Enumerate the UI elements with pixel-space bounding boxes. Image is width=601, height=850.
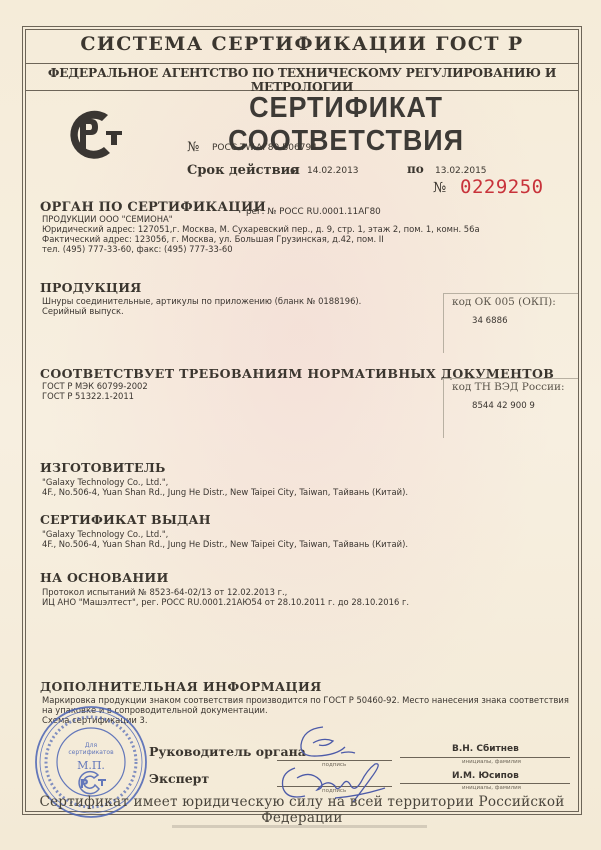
certification-body-title: ОРГАН ПО СЕРТИФИКАЦИИ (40, 200, 266, 215)
valid-to-date: 13.02.2015 (435, 166, 487, 176)
issued-to-title: СЕРТИФИКАТ ВЫДАН (40, 512, 211, 527)
basis-title: НА ОСНОВАНИИ (40, 570, 168, 585)
legal-address: Юридический адрес: 127051,г. Москва, М. … (42, 224, 480, 234)
legal-notice: Сертификат имеет юридическую силу на все… (25, 794, 579, 826)
additional-info-title: ДОПОЛНИТЕЛЬНАЯ ИНФОРМАЦИЯ (40, 679, 322, 694)
printer-imprint (172, 825, 427, 828)
system-title: СИСТЕМА СЕРТИФИКАЦИИ ГОСТ Р (25, 33, 579, 55)
basis-line: ИЦ АНО "Машэлтест", рег. РОСС RU.0001.21… (42, 597, 409, 607)
manufacturer-title: ИЗГОТОВИТЕЛЬ (40, 460, 166, 475)
valid-from-date: 14.02.2013 (307, 166, 359, 176)
svg-text:Для: Для (85, 742, 98, 749)
issued-to-line: 4F., No.506-4, Yuan Shan Rd., Jung He Di… (42, 539, 408, 549)
manufacturer-line: 4F., No.506-4, Yuan Shan Rd., Jung He Di… (42, 487, 408, 497)
tnved-code: 8544 42 900 9 (472, 401, 535, 411)
okp-code: 34 6886 (472, 316, 508, 326)
basis-line: Протокол испытаний № 8523-64-02/13 от 12… (42, 587, 287, 597)
expert-label: Эксперт (149, 771, 209, 786)
rst-logo-icon (64, 107, 124, 163)
head-of-body-name: В.Н. Сбитнев (452, 744, 519, 754)
validity-from-label: с (290, 163, 297, 177)
blank-number-label: № (433, 180, 446, 196)
okp-code-box: код ОК 005 (ОКП): 34 6886 (443, 293, 578, 353)
header-divider (25, 63, 579, 64)
standard-line: ГОСТ Р 51322.1-2011 (42, 391, 134, 401)
product-title: ПРОДУКЦИЯ (40, 280, 141, 295)
okp-code-label: код ОК 005 (ОКП): (452, 296, 556, 308)
agency-name: ФЕДЕРАЛЬНОЕ АГЕНТСТВО ПО ТЕХНИЧЕСКОМУ РЕ… (25, 66, 579, 94)
product-line: Серийный выпуск. (42, 306, 124, 316)
svg-text:сертификатов: сертификатов (68, 749, 114, 756)
tnved-code-label: код ТН ВЭД России: (452, 381, 565, 393)
validity-to-label: по (407, 162, 424, 176)
head-name-line (400, 757, 570, 758)
tnved-code-box: код ТН ВЭД России: 8544 42 900 9 (443, 378, 578, 438)
svg-text:М.П.: М.П. (77, 759, 105, 772)
certificate-number: РОСС TW.АГ80.В06794 (212, 143, 317, 153)
certificate-number-label: № (187, 140, 199, 155)
validity-label: Срок действия (187, 163, 300, 178)
contacts: тел. (495) 777-33-60, факс: (495) 777-33… (42, 244, 233, 254)
manufacturer-line: "Galaxy Technology Co., Ltd.", (42, 477, 168, 487)
blank-number: 0229250 (460, 176, 544, 198)
name-caption: инициалы, фамилия (462, 785, 521, 791)
certification-body-reg-number: рег. № РОСС RU.0001.11АГ80 (246, 207, 381, 217)
certification-body-name: ПРОДУКЦИИ ООО "СЕМИОНА" (42, 214, 173, 224)
actual-address: Фактический адрес: 123056, г. Москва, ул… (42, 234, 384, 244)
expert-name-line (400, 783, 570, 784)
standard-line: ГОСТ Р МЭК 60799-2002 (42, 381, 148, 391)
issued-to-line: "Galaxy Technology Co., Ltd.", (42, 529, 168, 539)
svg-text:P: P (80, 777, 89, 791)
additional-info-line: Маркировка продукции знаком соответствия… (42, 695, 569, 705)
product-line: Шнуры соединительные, артикулы по прилож… (42, 296, 361, 306)
name-caption: инициалы, фамилия (462, 759, 521, 765)
expert-name: И.М. Юсипов (452, 771, 519, 781)
